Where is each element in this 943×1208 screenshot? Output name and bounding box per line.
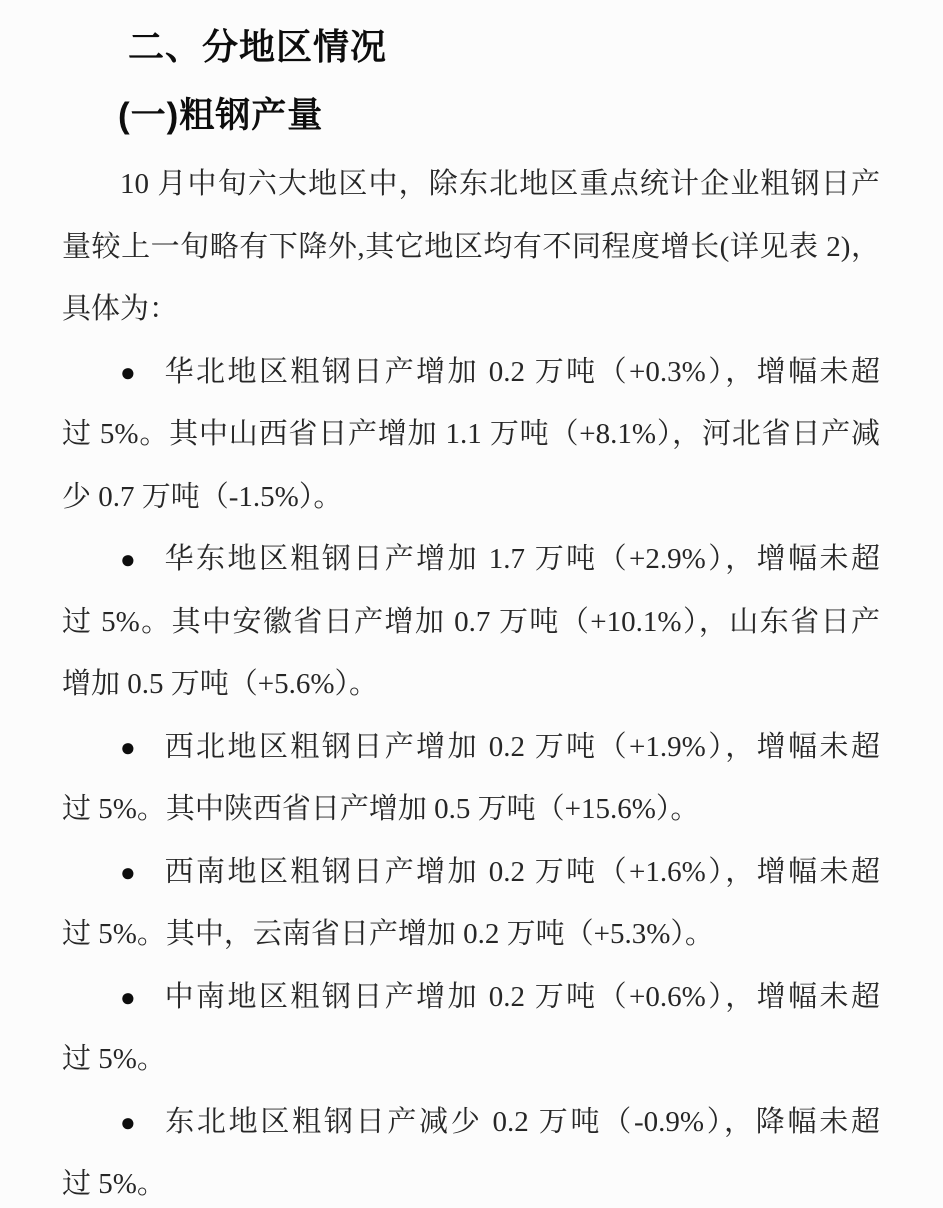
bullet-item-northwest-line-1: ●西北地区粗钢日产增加 0.2 万吨（+1.9%），增幅未超: [62, 716, 880, 779]
bullet-text: 东北地区粗钢日产减少 0.2 万吨（-0.9%），降幅未超: [162, 1106, 880, 1138]
bullet-text: 华东地区粗钢日产增加 1.7 万吨（+2.9%），增幅未超: [162, 543, 880, 575]
bullet-item-east-china-line-2: 过 5%。其中安徽省日产增加 0.7 万吨（+10.1%），山东省日产: [62, 591, 880, 654]
bullet-item-central-south-line-1: ●中南地区粗钢日产增加 0.2 万吨（+0.6%），增幅未超: [62, 966, 880, 1029]
bullet-text: 华北地区粗钢日产增加 0.2 万吨（+0.3%），增幅未超: [162, 356, 880, 388]
bullet-item-east-china-line-3: 增加 0.5 万吨（+5.6%）。: [62, 653, 880, 716]
intro-line-1: 10 月中旬六大地区中，除东北地区重点统计企业粗钢日产: [62, 153, 880, 216]
subsection-title: (一)粗钢产量: [118, 96, 880, 136]
bullet-item-north-china-line-1: ●华北地区粗钢日产增加 0.2 万吨（+0.3%），增幅未超: [62, 341, 880, 404]
bullet-gap: [138, 380, 162, 381]
bullet-item-southwest-line-2: 过 5%。其中，云南省日产增加 0.2 万吨（+5.3%）。: [62, 903, 880, 966]
bullet-text: 中南地区粗钢日产增加 0.2 万吨（+0.6%），增幅未超: [162, 981, 880, 1013]
bullet-item-northeast-line-2: 过 5%。: [62, 1153, 880, 1208]
bullet-icon: ●: [120, 983, 138, 1012]
bullet-icon: ●: [120, 545, 138, 574]
bullet-item-northeast-line-1: ●东北地区粗钢日产减少 0.2 万吨（-0.9%），降幅未超: [62, 1091, 880, 1154]
section-title: 二、分地区情况: [128, 26, 880, 68]
bullet-item-central-south-line-2: 过 5%。: [62, 1028, 880, 1091]
body-text: 10 月中旬六大地区中，除东北地区重点统计企业粗钢日产 量较上一旬略有下降外,其…: [62, 153, 880, 1208]
bullet-item-north-china-line-2: 过 5%。其中山西省日产增加 1.1 万吨（+8.1%），河北省日产减: [62, 403, 880, 466]
bullet-gap: [138, 1130, 162, 1131]
bullet-gap: [138, 880, 162, 881]
bullet-text: 西北地区粗钢日产增加 0.2 万吨（+1.9%），增幅未超: [162, 731, 880, 763]
bullet-item-northwest-line-2: 过 5%。其中陕西省日产增加 0.5 万吨（+15.6%）。: [62, 778, 880, 841]
bullet-gap: [138, 755, 162, 756]
intro-line-3: 具体为：: [62, 278, 880, 341]
bullet-text: 西南地区粗钢日产增加 0.2 万吨（+1.6%），增幅未超: [162, 856, 880, 888]
bullet-icon: ●: [120, 1108, 138, 1137]
intro-line-2: 量较上一旬略有下降外,其它地区均有不同程度增长(详见表 2)，: [62, 216, 880, 279]
bullet-item-southwest-line-1: ●西南地区粗钢日产增加 0.2 万吨（+1.6%），增幅未超: [62, 841, 880, 904]
bullet-gap: [138, 1005, 162, 1006]
bullet-item-north-china-line-3: 少 0.7 万吨（-1.5%）。: [62, 466, 880, 529]
bullet-icon: ●: [120, 358, 138, 387]
document-page: 二、分地区情况 (一)粗钢产量 10 月中旬六大地区中，除东北地区重点统计企业粗…: [0, 0, 943, 1208]
bullet-gap: [138, 567, 162, 568]
bullet-icon: ●: [120, 733, 138, 762]
bullet-item-east-china-line-1: ●华东地区粗钢日产增加 1.7 万吨（+2.9%），增幅未超: [62, 528, 880, 591]
bullet-icon: ●: [120, 858, 138, 887]
